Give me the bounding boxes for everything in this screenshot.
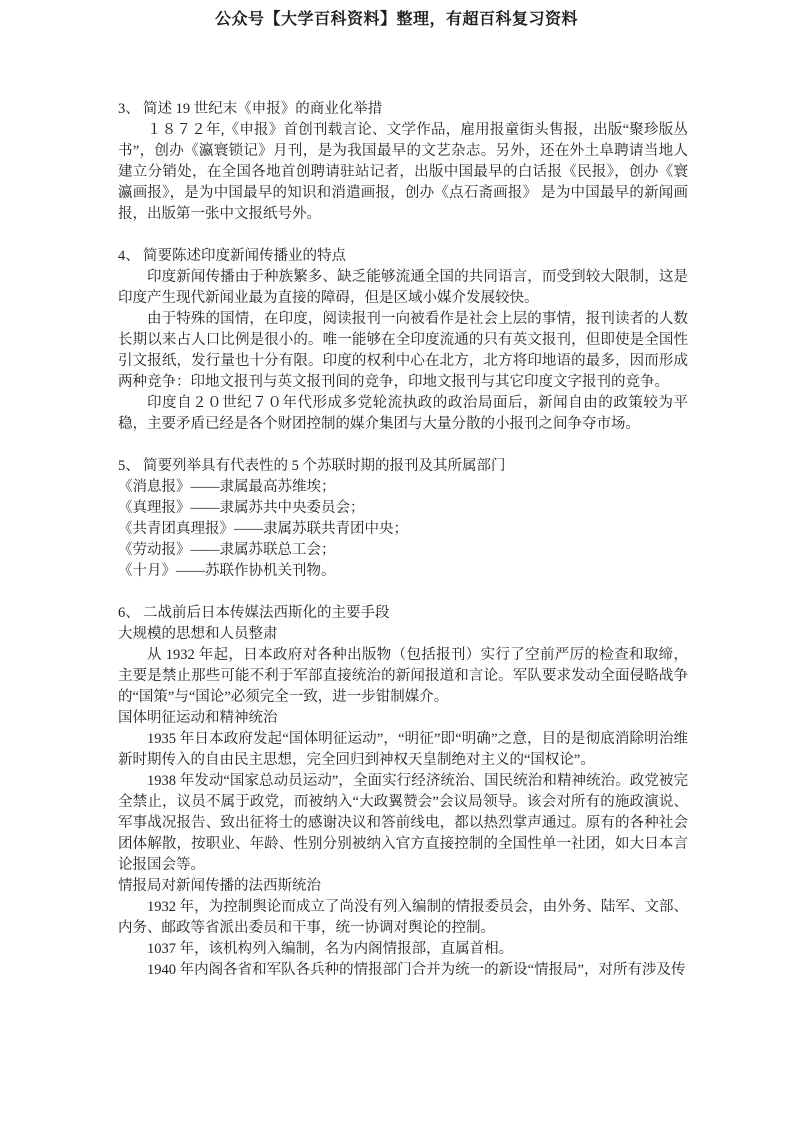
section-3-title: 简述 19 世纪末《申报》的商业化举措 <box>143 101 382 117</box>
section-5-list-item-1: 《消息报》——隶属最高苏维埃； <box>118 477 688 498</box>
section-3-paragraph-1: １８７２年,《申报》首创刊载言论、文学作品，雇用报童街头售报，出版“聚珍版丛书”… <box>118 120 688 225</box>
doc-content: 3、简述 19 世纪末《申报》的商业化举措 １８７２年,《申报》首创刊载言论、文… <box>118 99 688 981</box>
section-6-sub3-paragraph-2: 1037 年，该机构列入编制，名为内阁情报部，直属首相。 <box>118 939 688 960</box>
section-5-title: 简要列举具有代表性的 5 个苏联时期的报刊及其所属部门 <box>143 458 506 474</box>
section-5-list-item-3: 《共青团真理报》——隶属苏联共青团中央； <box>118 519 688 540</box>
section-5-title-row: 5、简要列举具有代表性的 5 个苏联时期的报刊及其所属部门 <box>118 456 688 477</box>
section-6: 6、二战前后日本传媒法西斯化的主要手段 大规模的思想和人员整肃 从 1932 年… <box>118 603 688 981</box>
section-4-paragraph-1: 印度新闻传播由于种族繁多、缺乏能够流通全国的共同语言，而受到较大限制，这是印度产… <box>118 267 688 309</box>
section-6-title-row: 6、二战前后日本传媒法西斯化的主要手段 <box>118 603 688 624</box>
section-6-sub3-paragraph-1: 1932 年，为控制舆论而成立了尚没有列入编制的情报委员会，由外务、陆军、文部、… <box>118 897 688 939</box>
section-4-title: 简要陈述印度新闻传播业的特点 <box>143 248 346 264</box>
section-4-paragraph-3: 印度自２０世纪７０年代形成多党轮流执政的政治局面后，新闻自由的政策较为平稳，主要… <box>118 393 688 435</box>
section-6-subheading-1: 大规模的思想和人员整肃 <box>118 624 688 645</box>
section-3-title-row: 3、简述 19 世纪末《申报》的商业化举措 <box>118 99 688 120</box>
section-6-sub1-paragraph-1: 从 1932 年起，日本政府对各种出版物（包括报刊）实行了空前严厉的检查和取缔，… <box>118 645 688 708</box>
document-page: 公众号【大学百科资料】整理，有超百科复习资料 3、简述 19 世纪末《申报》的商… <box>0 0 793 1122</box>
section-5-number: 5、 <box>118 456 143 477</box>
section-6-sub3-paragraph-3: 1940 年内阁各省和军队各兵种的情报部门合并为统一的新设“情报局”，对所有涉及… <box>118 960 688 981</box>
section-6-sub2-paragraph-2: 1938 年发动“国家总动员运动”，全面实行经济统治、国民统治和精神统治。政党被… <box>118 771 688 876</box>
section-4-number: 4、 <box>118 246 143 267</box>
section-5-list-item-4: 《劳动报》——隶属苏联总工会； <box>118 540 688 561</box>
section-3-number: 3、 <box>118 99 143 120</box>
section-6-sub2-paragraph-1: 1935 年日本政府发起“国体明征运动”，“明征”即“明确”之意，目的是彻底消除… <box>118 729 688 771</box>
section-4-title-row: 4、简要陈述印度新闻传播业的特点 <box>118 246 688 267</box>
section-5: 5、简要列举具有代表性的 5 个苏联时期的报刊及其所属部门 《消息报》——隶属最… <box>118 456 688 582</box>
section-6-number: 6、 <box>118 603 143 624</box>
section-6-subheading-3: 情报局对新闻传播的法西斯统治 <box>118 876 688 897</box>
section-6-title: 二战前后日本传媒法西斯化的主要手段 <box>143 605 390 621</box>
section-4: 4、简要陈述印度新闻传播业的特点 印度新闻传播由于种族繁多、缺乏能够流通全国的共… <box>118 246 688 435</box>
section-5-list-item-2: 《真理报》——隶属苏共中央委员会； <box>118 498 688 519</box>
section-5-list-item-5: 《十月》——苏联作协机关刊物。 <box>118 561 688 582</box>
section-3: 3、简述 19 世纪末《申报》的商业化举措 １８７２年,《申报》首创刊载言论、文… <box>118 99 688 225</box>
section-6-subheading-2: 国体明征运动和精神统治 <box>118 708 688 729</box>
doc-header: 公众号【大学百科资料】整理，有超百科复习资料 <box>0 6 793 29</box>
section-4-paragraph-2: 由于特殊的国情，在印度，阅读报刊一向被看作是社会上层的事情，报刊读者的人数长期以… <box>118 309 688 393</box>
